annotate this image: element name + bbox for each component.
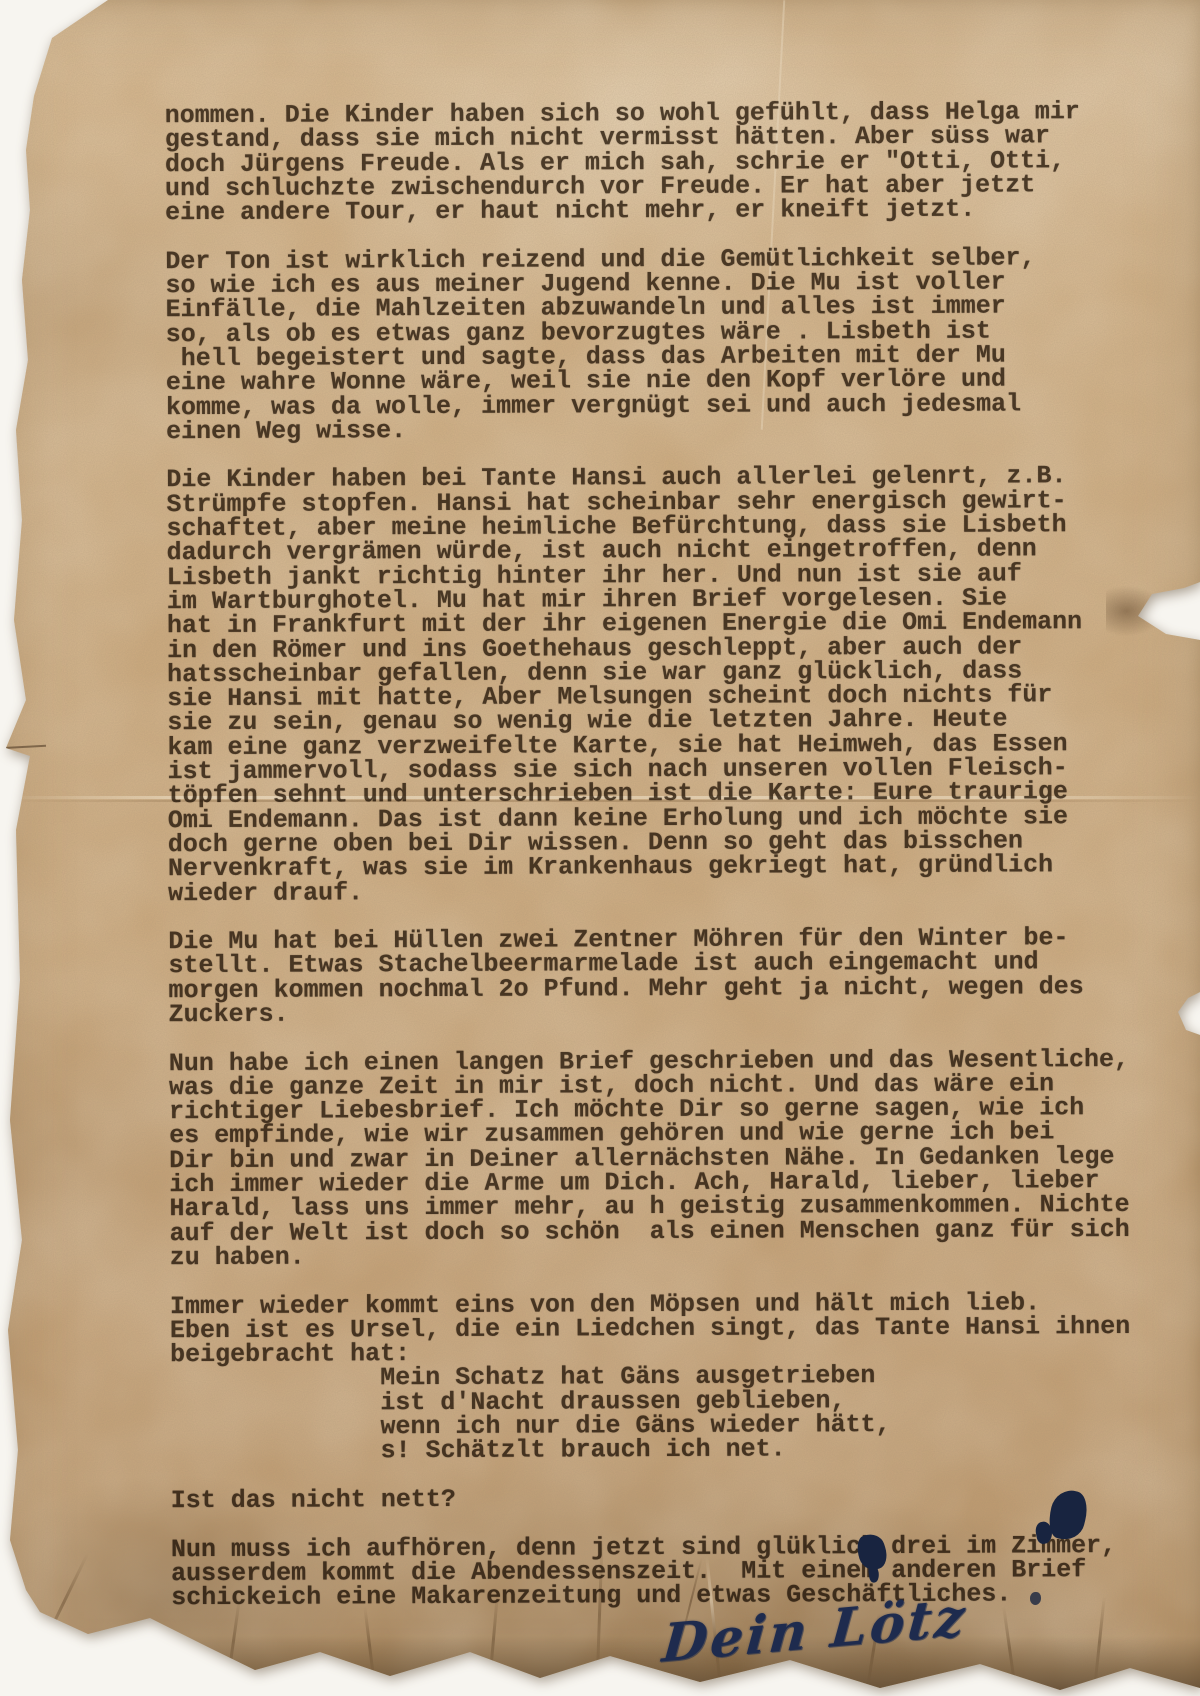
letter-line: Nervenkraft, was sie im Krankenhaus gekr… [168,853,1158,882]
letter-line: einen Weg wisse. [166,416,1156,445]
paragraph: Die Kinder haben bei Tante Hansi auch al… [166,464,1158,906]
letter-line: schickeich eine Makarenzeitung und etwas… [171,1582,1161,1611]
letter-line: wieder drauf. [168,877,1158,906]
paragraph: Die Mu hat bei Hüllen zwei Zentner Möhre… [168,926,1158,1028]
paragraph: Ist das nicht nett? [171,1485,1161,1514]
letter-line: eine andere Tour, er haut nicht mehr, er… [165,197,1155,226]
paragraph: nommen. Die Kinder haben sich so wohl ge… [165,100,1156,226]
paragraph: Der Ton ist wirklich reizend und die Gem… [165,246,1156,445]
paragraph: Nun habe ich einen langen Brief geschrie… [169,1047,1160,1270]
letter-line: Ist das nicht nett? [171,1485,1161,1514]
scanned-letter-page: nommen. Die Kinder haben sich so wohl ge… [0,0,1200,1696]
paragraph: Immer wieder kommt eins von den Möpsen u… [170,1290,1161,1464]
letter-line: s! Schätzlt brauch ich net. [170,1436,1160,1465]
paragraph: Nun muss ich aufhören, denn jetzt sind g… [171,1533,1161,1610]
letter-line: morgen kommen nochmal 2o Pfund. Mehr geh… [168,975,1158,1004]
letter-body: nommen. Die Kinder haben sich so wohl ge… [165,100,1162,1635]
letter-line: auf der Welt ist doch so schön als einen… [170,1217,1160,1246]
